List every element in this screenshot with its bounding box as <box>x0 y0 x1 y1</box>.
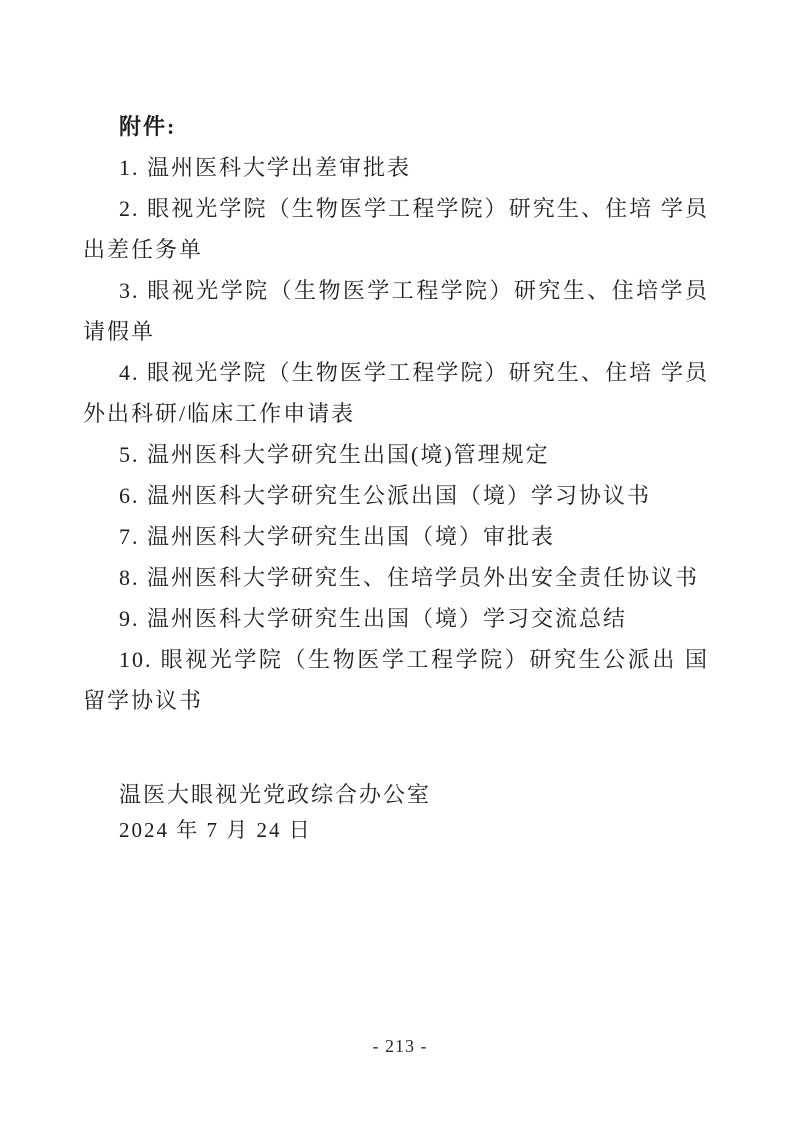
attachment-item-3: 3. 眼视光学院（生物医学工程学院）研究生、住培学员请假单 <box>83 270 709 352</box>
attachment-item-10: 10. 眼视光学院（生物医学工程学院）研究生公派出 国留学协议书 <box>83 639 709 721</box>
attachment-item-5: 5. 温州医科大学研究生出国(境)管理规定 <box>83 434 709 475</box>
issue-date: 2024 年 7 月 24 日 <box>83 813 709 847</box>
attachments-heading: 附件: <box>83 106 709 147</box>
attachment-item-9: 9. 温州医科大学研究生出国（境）学习交流总结 <box>83 598 709 639</box>
attachment-item-7: 7. 温州医科大学研究生出国（境）审批表 <box>83 516 709 557</box>
attachment-item-2: 2. 眼视光学院（生物医学工程学院）研究生、住培 学员出差任务单 <box>83 188 709 270</box>
document-page: 附件: 1. 温州医科大学出差审批表 2. 眼视光学院（生物医学工程学院）研究生… <box>0 0 800 1131</box>
attachment-item-8: 8. 温州医科大学研究生、住培学员外出安全责任协议书 <box>83 557 709 598</box>
attachment-item-4: 4. 眼视光学院（生物医学工程学院）研究生、住培 学员外出科研/临床工作申请表 <box>83 352 709 434</box>
document-body: 附件: 1. 温州医科大学出差审批表 2. 眼视光学院（生物医学工程学院）研究生… <box>83 106 709 847</box>
page-number: - 213 - <box>0 1036 800 1057</box>
attachment-item-1: 1. 温州医科大学出差审批表 <box>83 147 709 188</box>
attachment-item-6: 6. 温州医科大学研究生公派出国（境）学习协议书 <box>83 475 709 516</box>
signature-block: 温医大眼视光党政综合办公室 2024 年 7 月 24 日 <box>83 777 709 847</box>
issuing-office: 温医大眼视光党政综合办公室 <box>83 777 709 813</box>
